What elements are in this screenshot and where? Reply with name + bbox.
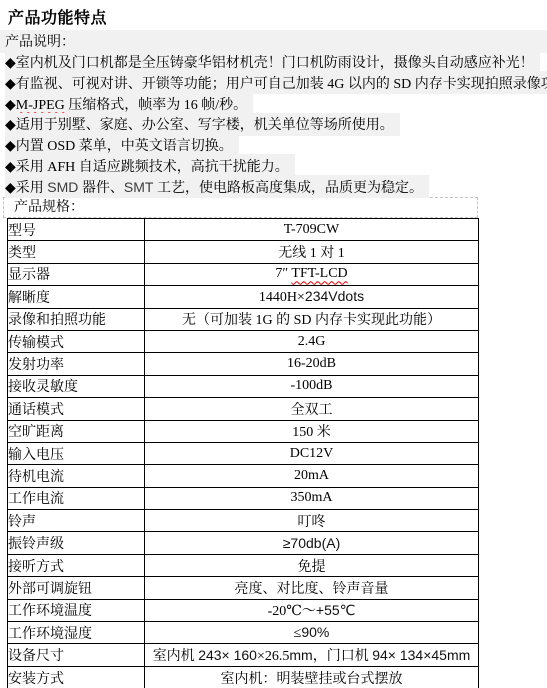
spec-row-talk-mode: 通话模式 全双工 (8, 398, 479, 420)
spec-label: 设备尺寸 (8, 644, 145, 666)
spec-label: 接听方式 (8, 554, 145, 576)
product-description-heading: 产品说明： (0, 31, 547, 52)
spec-value: 7″ TFT-LCD (145, 263, 479, 285)
spec-row-transmit-power: 发射功率 16-20dB (8, 353, 479, 375)
spec-label: 类型 (8, 241, 145, 263)
spec-row-recording: 录像和拍照功能 无（可加装 1G 的 SD 内存卡实现此功能） (8, 308, 479, 330)
spec-row-device-dimensions: 设备尺寸 室内机 243× 160×26.5mm，门口机 94× 134×45m… (8, 644, 479, 666)
spec-row-open-distance: 空旷距离 150 米 (8, 420, 479, 442)
spec-value: ≤90% (145, 622, 479, 644)
spec-row-operating-humidity: 工作环境湿度 ≤90% (8, 622, 479, 644)
spec-label: 待机电流 (8, 465, 145, 487)
feature-item-3: ◆M-JPEG 压缩格式，帧率为 16 帧/秒。 (0, 93, 547, 114)
spec-label: 外部可调旋钮 (8, 577, 145, 599)
spec-value: 全双工 (145, 398, 479, 420)
spec-row-resolution: 解晰度 1440H×234Vdots (8, 286, 479, 308)
feature-item-1: ◆室内机及门口机都是全压铸豪华铝材机壳！门口机防雨设计，摄像头自动感应补光！ (0, 52, 547, 73)
spec-label: 录像和拍照功能 (8, 308, 145, 330)
acronym-smd: SMD (47, 179, 78, 195)
misspelled-term: M-JPEG (16, 98, 65, 113)
feature-text: ◆M-JPEG 压缩格式，帧率为 16 帧/秒。 (5, 92, 253, 115)
feature-text-rest: 压缩格式，帧率为 16 帧/秒。 (65, 98, 247, 113)
humidity-value: 90% (301, 624, 329, 640)
spec-row-transmission-mode: 传输模式 2.4G (8, 330, 479, 352)
spec-row-external-knobs: 外部可调旋钮 亮度、对比度、铃声音量 (8, 577, 479, 599)
feature-text-part: 工艺，使电路板高度集成，品质更为稳定。 (153, 181, 423, 196)
spec-label: 输入电压 (8, 442, 145, 464)
spec-row-installation: 安装方式 室内机：明装壁挂或台式摆放 (8, 666, 479, 688)
page-title: 产品功能特点 (0, 6, 547, 31)
spec-row-ringtone: 铃声 叮咚 (8, 510, 479, 532)
spec-label: 工作环境温度 (8, 599, 145, 621)
resolution-h: 1440H× (259, 290, 305, 305)
acronym-smt: SMT (124, 179, 154, 195)
temp-high: +55℃ (316, 602, 355, 618)
spec-label: 显示器 (8, 263, 145, 285)
spec-row-standby-current: 待机电流 20mA (8, 465, 479, 487)
spec-label: 工作电流 (8, 487, 145, 509)
spec-value: 室内机：明装壁挂或台式摆放 (145, 666, 479, 688)
feature-item-4: ◆适用于别墅、家庭、办公室、写字楼，机关单位等场所使用。 (0, 114, 547, 135)
spec-value: 20mA (145, 465, 479, 487)
dim-indoor-label: 室内机 (153, 649, 199, 664)
temp-low: -20℃～ (268, 604, 316, 619)
feature-text: ◆室内机及门口机都是全压铸豪华铝材机壳！门口机防雨设计，摄像头自动感应补光！ (5, 51, 540, 74)
spec-value: 室内机 243× 160×26.5mm，门口机 94× 134×45mm (145, 644, 479, 666)
spec-value: T-709CW (145, 219, 479, 241)
spec-row-working-current: 工作电流 350mA (8, 487, 479, 509)
spec-table: 型号 T-709CW 类型 无线 1 对 1 显示器 7″ TFT-LCD 解晰… (7, 218, 479, 688)
feature-item-6: ◆采用 AFH 自适应跳频技术，高抗干扰能力。 (0, 156, 547, 177)
spec-label: 振铃声级 (8, 532, 145, 554)
spec-value: 免提 (145, 554, 479, 576)
spec-label: 型号 (8, 219, 145, 241)
spec-row-model: 型号 T-709CW (8, 219, 479, 241)
spec-value: 亮度、对比度、铃声音量 (145, 577, 479, 599)
spec-row-input-voltage: 输入电压 DC12V (8, 442, 479, 464)
spec-label: 安装方式 (8, 666, 145, 688)
spec-label: 解晰度 (8, 286, 145, 308)
spec-label: 铃声 (8, 510, 145, 532)
spec-value: ≥70db(A) (145, 532, 479, 554)
spec-value: 16-20dB (145, 353, 479, 375)
spec-label: 发射功率 (8, 353, 145, 375)
feature-text: ◆有监视、可视对讲、开锁等功能；用户可自己加装 4G 以内的 SD 内存卡实现拍… (5, 71, 547, 94)
spec-label: 通话模式 (8, 398, 145, 420)
spec-row-receive-sensitivity: 接收灵敏度 -100dB (8, 375, 479, 397)
spec-value: -100dB (145, 375, 479, 397)
spec-value: 无（可加装 1G 的 SD 内存卡实现此功能） (145, 308, 479, 330)
feature-item-7: ◆采用 SMD 器件、SMT 工艺，使电路板高度集成，品质更为稳定。 (0, 176, 547, 197)
feature-item-5: ◆内置 OSD 菜单，中英文语言切换。 (0, 135, 547, 156)
spec-value: 2.4G (145, 330, 479, 352)
spec-table-caption: 产品规格： (3, 197, 478, 218)
spec-value: DC12V (145, 442, 479, 464)
feature-text: ◆采用 SMD 器件、SMT 工艺，使电路板高度集成，品质更为稳定。 (5, 175, 429, 198)
spec-row-answer-mode: 接听方式 免提 (8, 554, 479, 576)
display-size: 7″ (275, 266, 291, 281)
spec-label: 工作环境湿度 (8, 622, 145, 644)
spec-value: 叮咚 (145, 510, 479, 532)
spec-label: 空旷距离 (8, 420, 145, 442)
feature-text-part: ◆采用 (5, 181, 47, 196)
feature-text: ◆适用于别墅、家庭、办公室、写字楼，机关单位等场所使用。 (5, 113, 400, 136)
spec-value: 1440H×234Vdots (145, 286, 479, 308)
spec-table-caption-text: 产品规格： (14, 200, 84, 215)
feature-text-part: 器件、 (78, 181, 124, 196)
feature-item-2: ◆有监视、可视对讲、开锁等功能；用户可自己加装 4G 以内的 SD 内存卡实现拍… (0, 73, 547, 94)
spec-row-display: 显示器 7″ TFT-LCD (8, 263, 479, 285)
bullet-diamond: ◆ (5, 98, 16, 113)
spec-row-operating-temperature: 工作环境温度 -20℃～+55℃ (8, 599, 479, 621)
dim-door-label: ，门口机 (313, 649, 373, 664)
dim-indoor-wh: 243× 160 (198, 647, 257, 663)
feature-text: ◆内置 OSD 菜单，中英文语言切换。 (5, 134, 239, 157)
spec-label: 传输模式 (8, 330, 145, 352)
spec-value: 350mA (145, 487, 479, 509)
misspelled-term: TFT-LCD (291, 266, 347, 281)
spec-value: 无线 1 对 1 (145, 241, 479, 263)
dim-unit: mm (289, 647, 312, 663)
dim-door-size: 94× 134×45mm (372, 647, 470, 663)
dim-indoor-depth: ×26.5 (257, 649, 289, 664)
spec-value: 150 米 (145, 420, 479, 442)
resolution-v: 234Vdots (305, 288, 364, 304)
product-description-label: 产品说明： (0, 30, 547, 53)
spec-row-ring-level: 振铃声级 ≥70db(A) (8, 532, 479, 554)
spec-row-type: 类型 无线 1 对 1 (8, 241, 479, 263)
spec-value: -20℃～+55℃ (145, 599, 479, 621)
feature-text: ◆采用 AFH 自适应跳频技术，高抗干扰能力。 (5, 154, 295, 177)
spec-label: 接收灵敏度 (8, 375, 145, 397)
spec-document: 产品功能特点 产品说明： ◆室内机及门口机都是全压铸豪华铝材机壳！门口机防雨设计… (0, 0, 547, 688)
